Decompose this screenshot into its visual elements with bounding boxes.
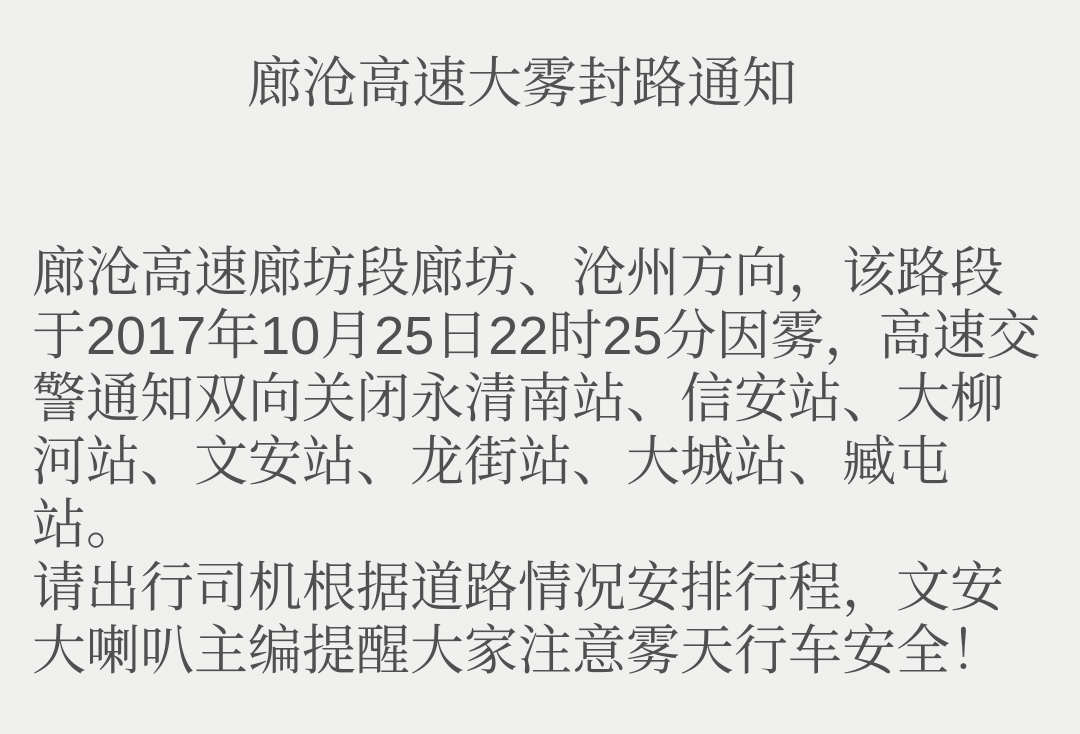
notice-line-6: 请出行司机根据道路情况安排行程，文安 bbox=[32, 557, 1048, 620]
notice-page: 廊沧高速大雾封路通知 廊沧高速廊坊段廊坊、沧州方向，该路段 于2017年10月2… bbox=[0, 0, 1080, 734]
notice-line-7: 大喇叭主编提醒大家注意雾天行车安全！ bbox=[32, 620, 1048, 683]
notice-line-2: 于2017年10月25日22时25分因雾，高速交 bbox=[32, 305, 1048, 368]
notice-line-1: 廊沧高速廊坊段廊坊、沧州方向，该路段 bbox=[32, 242, 1048, 305]
notice-line-4: 河站、文安站、龙街站、大城站、臧屯 bbox=[32, 431, 1048, 494]
notice-line-5: 站。 bbox=[32, 494, 1048, 557]
notice-title: 廊沧高速大雾封路通知 bbox=[0, 56, 1062, 111]
notice-body: 廊沧高速廊坊段廊坊、沧州方向，该路段 于2017年10月25日22时25分因雾，… bbox=[32, 242, 1048, 683]
notice-line-3: 警通知双向关闭永清南站、信安站、大柳 bbox=[32, 368, 1048, 431]
